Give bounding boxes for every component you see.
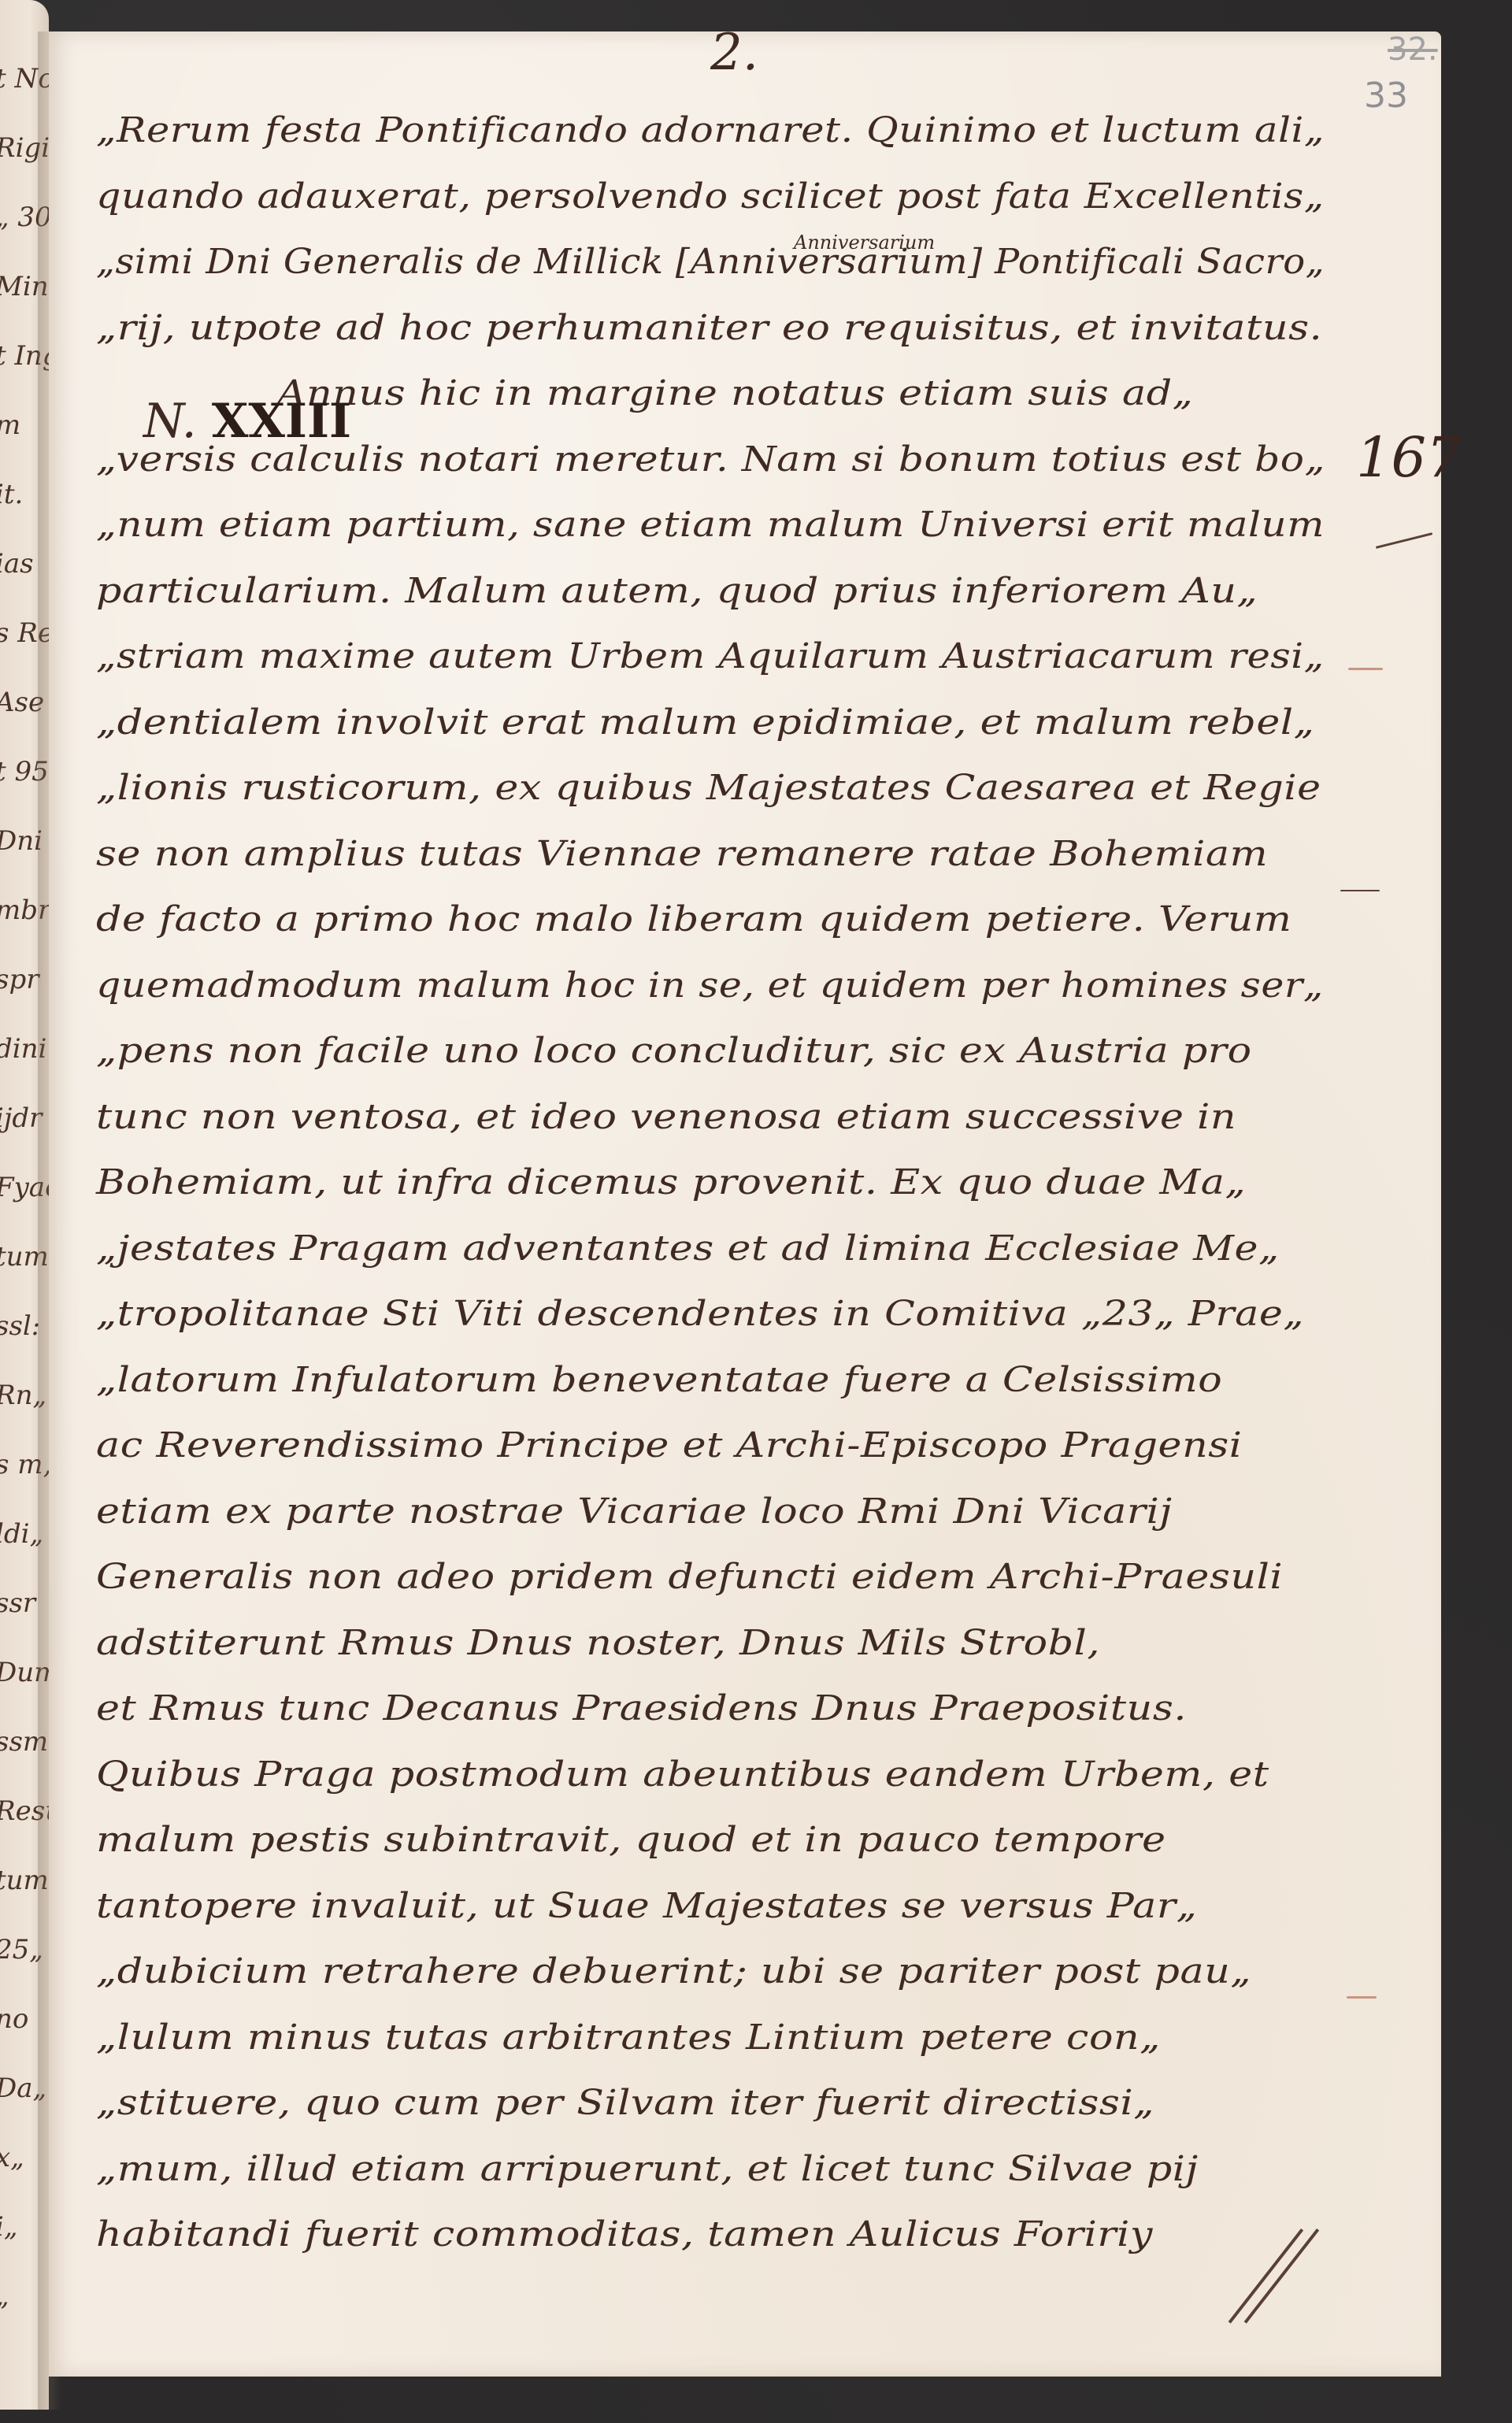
section-marker: N. XXIII	[143, 394, 351, 449]
facing-page-fragment: ssl:	[0, 1310, 40, 1342]
manuscript-line: etiam ex parte nostrae Vicariae loco Rmi…	[96, 1491, 1173, 1532]
facing-page-fragment: x„	[0, 2142, 24, 2173]
manuscript-line: Generalis non adeo pridem defuncti eidem…	[96, 1557, 1283, 1597]
facing-page-fragment: 25„	[0, 1934, 43, 1965]
manuscript-line: „lulum minus tutas arbitrantes Lintium p…	[96, 2017, 1161, 2058]
manuscript-line: particularium. Malum autem, quod prius i…	[96, 571, 1258, 611]
manuscript-line: „num etiam partium, sane etiam malum Uni…	[96, 505, 1325, 545]
facing-page-fragment: no	[0, 2003, 28, 2035]
margin-underline	[1376, 532, 1433, 549]
margin-tick-red	[1347, 1996, 1377, 1999]
manuscript-line: „striam maxime autem Urbem Aquilarum Aus…	[96, 636, 1325, 676]
manuscript-line: Annus hic in margine notatus etiam suis …	[277, 373, 1193, 413]
manuscript-line: „rij, utpote ad hoc perhumaniter eo requ…	[96, 308, 1322, 348]
manuscript-line: tunc non ventosa, et ideo venenosa etiam…	[96, 1097, 1236, 1137]
end-stroke-mark	[1244, 2228, 1320, 2324]
facing-page-fragment: „	[0, 2280, 9, 2312]
manuscript-line: habitandi fuerit commoditas, tamen Aulic…	[96, 2214, 1153, 2254]
manuscript-line: „mum, illud etiam arripuerunt, et licet …	[96, 2149, 1199, 2189]
manuscript-line: „dubicium retrahere debuerint; ubi se pa…	[96, 1951, 1251, 1991]
manuscript-line: et Rmus tunc Decanus Praesidens Dnus Pra…	[96, 1688, 1187, 1728]
end-stroke-mark	[1228, 2228, 1304, 2324]
manuscript-page: 2. 32. 33 Anniversarium 167 „Rerum festa…	[49, 31, 1441, 2377]
margin-tick	[1340, 890, 1380, 891]
facing-page-fragment: ldi„	[0, 1518, 43, 1550]
manuscript-line: „pens non facile uno loco concluditur, s…	[96, 1031, 1252, 1071]
manuscript-line: ac Reverendissimo Principe et Archi-Epis…	[96, 1425, 1243, 1465]
signature-mark: 2.	[710, 24, 758, 82]
facing-page-fragment: spr	[0, 964, 39, 995]
margin-tick-red	[1348, 668, 1383, 670]
facing-page-fragment: it.	[0, 479, 23, 510]
manuscript-line: Quibus Praga postmodum abeuntibus eandem…	[96, 1754, 1269, 1795]
manuscript-line: „stituere, quo cum per Silvam iter fueri…	[96, 2083, 1154, 2123]
manuscript-line: adstiterunt Rmus Dnus noster, Dnus Mils …	[96, 1623, 1100, 1663]
margin-year-note: 167	[1356, 425, 1462, 490]
manuscript-line: quemadmodum malum hoc in se, et quidem p…	[96, 965, 1324, 1006]
manuscript-line: Bohemiam, ut infra dicemus provenit. Ex …	[96, 1162, 1246, 1202]
manuscript-line: tantopere invaluit, ut Suae Majestates s…	[96, 1886, 1197, 1926]
manuscript-line: de facto a primo hoc malo liberam quidem…	[96, 899, 1291, 939]
manuscript-line: se non amplius tutas Viennae remanere ra…	[96, 834, 1268, 874]
manuscript-line: „lionis rusticorum, ex quibus Majestates…	[96, 768, 1321, 808]
facing-page-fragment: ijdr	[0, 1102, 42, 1134]
manuscript-line: quando adauxerat, persolvendo scilicet p…	[96, 176, 1325, 217]
manuscript-line: „simi Dni Generalis de Millick [Annivers…	[96, 242, 1325, 282]
section-prefix: N.	[143, 394, 197, 449]
manuscript-line: malum pestis subintravit, quod et in pau…	[96, 1820, 1166, 1860]
manuscript-line: „Rerum festa Pontificando adornaret. Qui…	[96, 110, 1325, 150]
facing-page-fragment: ias	[0, 548, 34, 580]
facing-page-fragment: Dni	[0, 825, 43, 857]
manuscript-line: „jestates Pragam adventantes et ad limin…	[96, 1228, 1280, 1269]
facing-page-fragment: ssr	[0, 1588, 35, 1619]
folio-number-struck: 32.	[1388, 31, 1438, 68]
manuscript-line: „dentialem involvit erat malum epidimiae…	[96, 702, 1314, 743]
facing-page-fragment: i„	[0, 2211, 18, 2243]
manuscript-line: „tropolitanae Sti Viti descendentes in C…	[96, 1294, 1304, 1334]
section-roman-numeral: XXIII	[212, 394, 351, 449]
facing-page-fragment: m	[0, 409, 20, 441]
folio-number: 33	[1364, 76, 1408, 116]
manuscript-line: „latorum Infulatorum beneventatae fuere …	[96, 1360, 1222, 1400]
